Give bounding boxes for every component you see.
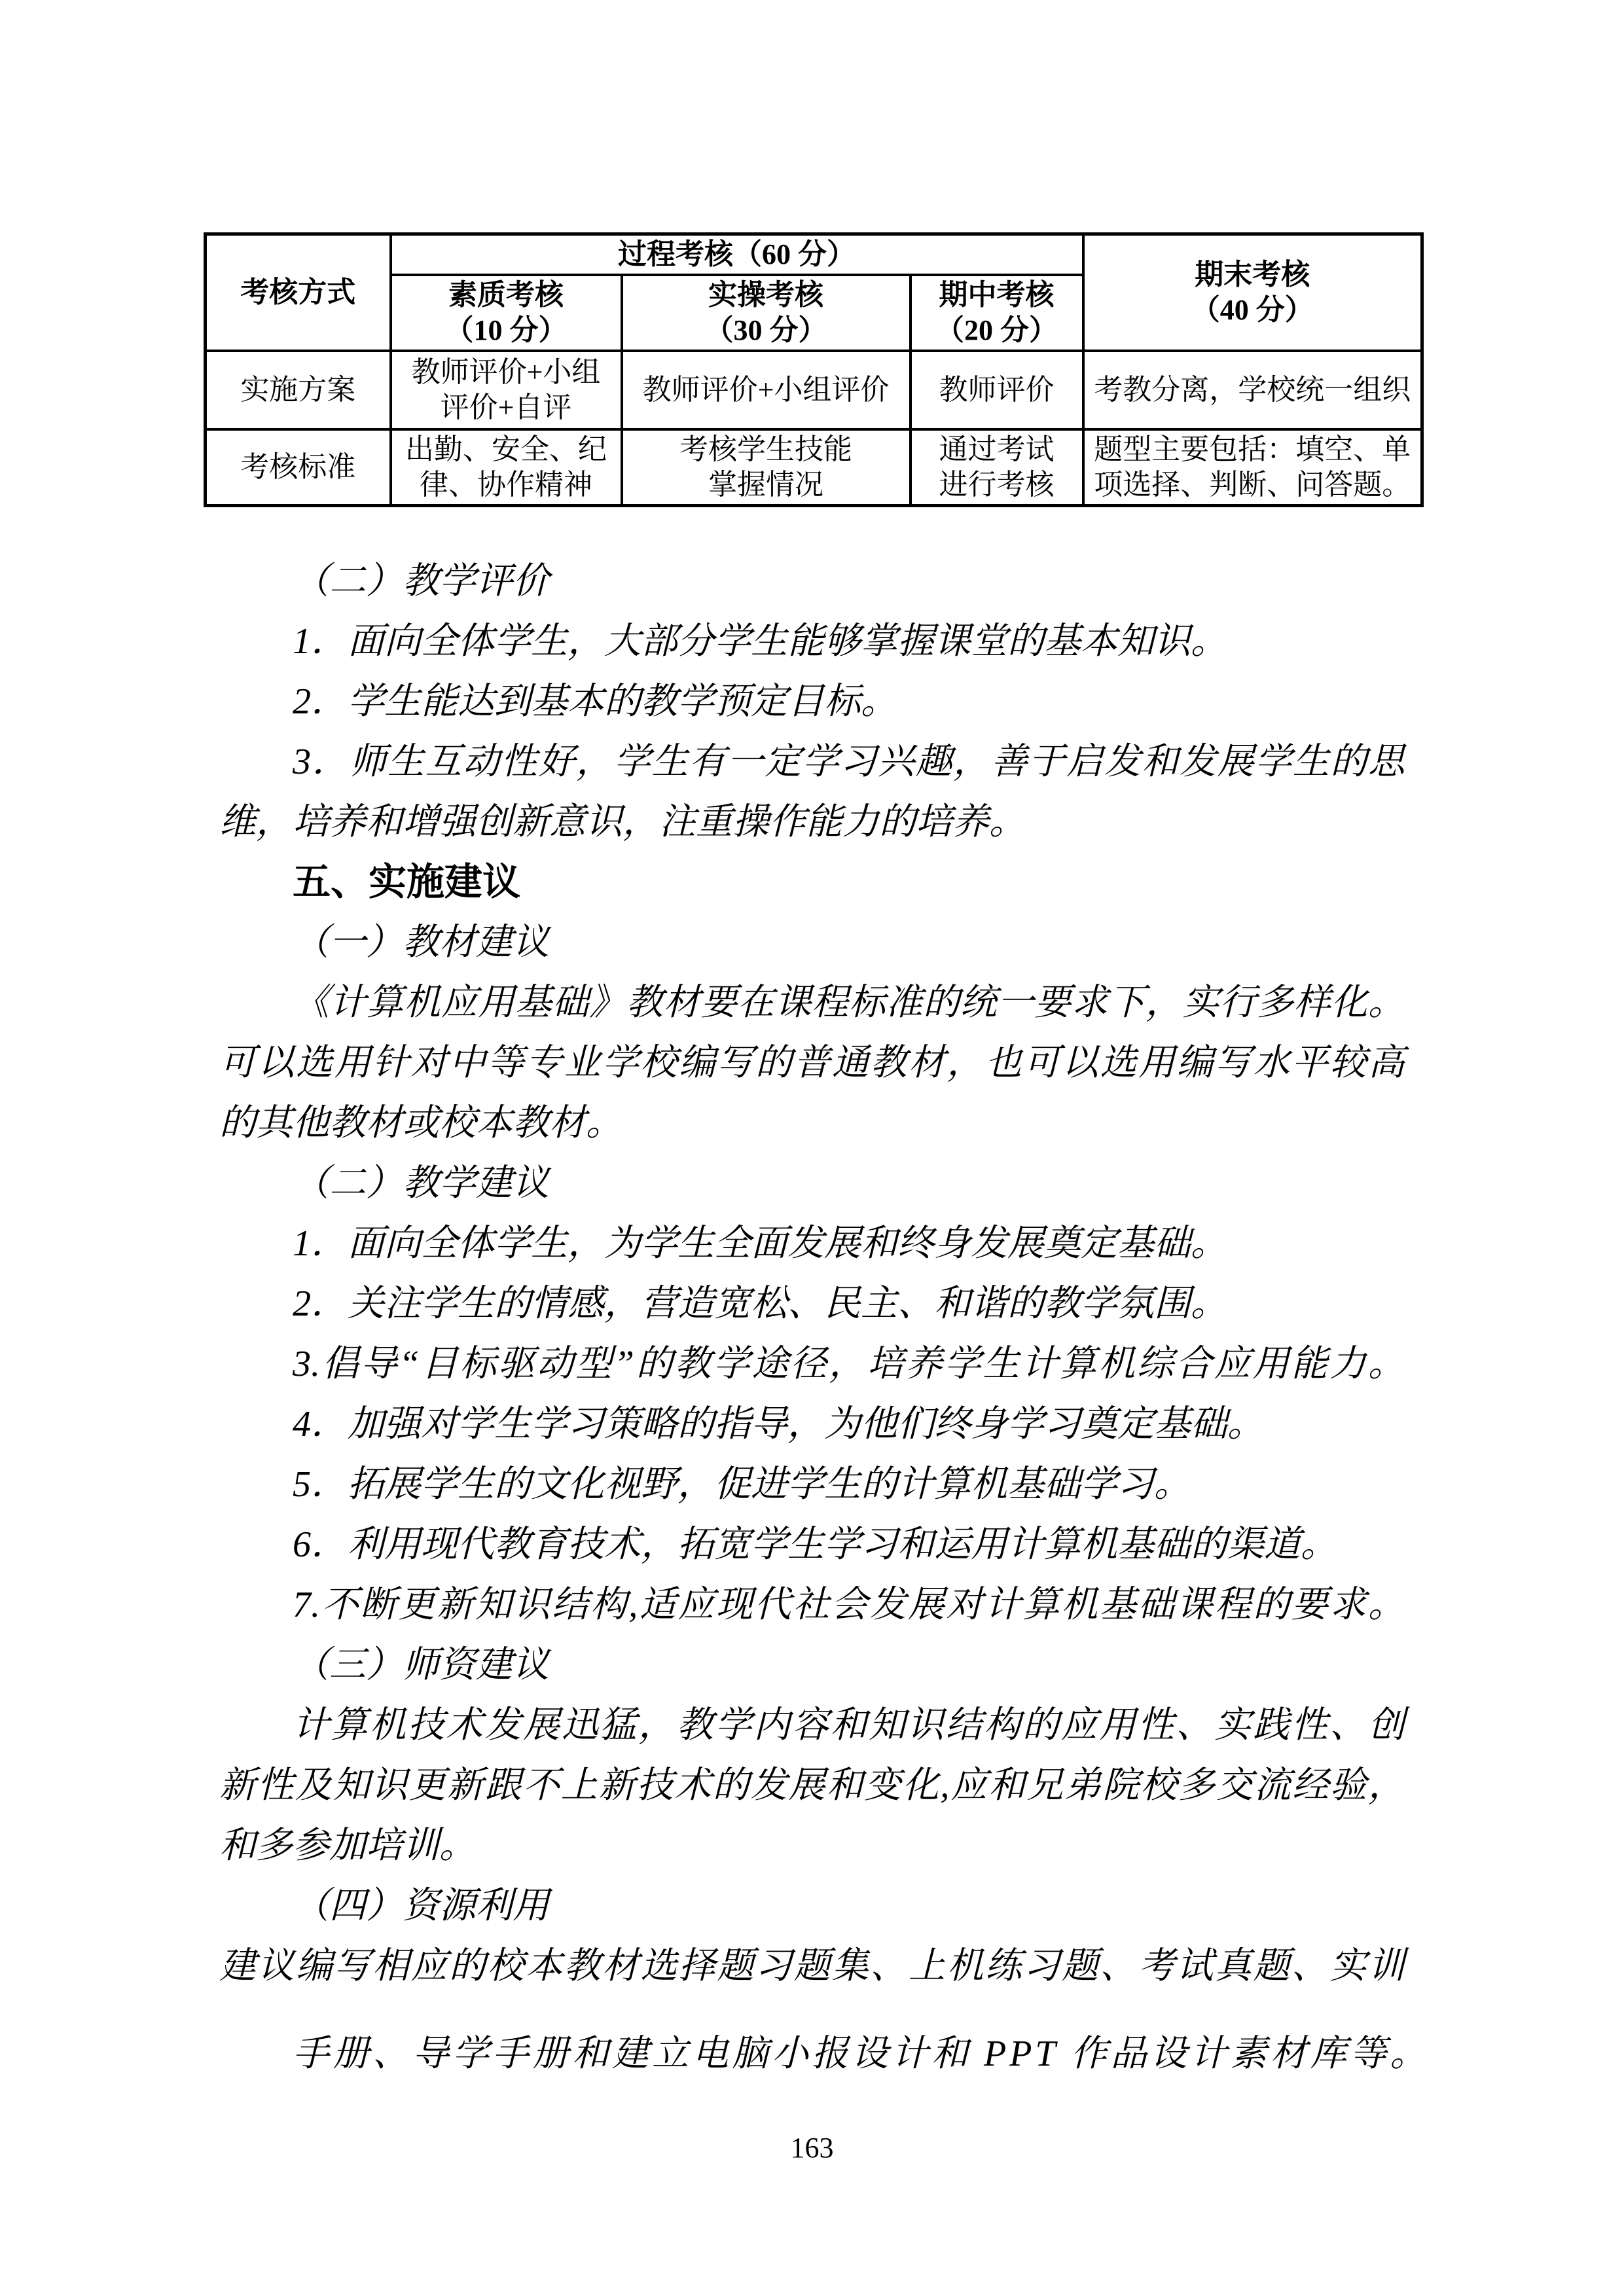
paragraph-line: 7.不断更新知识结构,适应现代社会发展对计算机基础课程的要求。 — [219, 1575, 1405, 1635]
paragraph-line: 4．加强对学生学习策略的指导，为他们终身学习奠定基础。 — [219, 1394, 1405, 1454]
table-header-final-assessment: 期末考核 （40 分） — [1083, 234, 1422, 351]
paragraph-line: 5．拓展学生的文化视野，促进学生的计算机基础学习。 — [219, 1454, 1405, 1515]
paragraph-line: 《计算机应用基础》教材要在课程标准的统一要求下，实行多样化。 — [219, 973, 1405, 1033]
paragraph-line: 1．面向全体学生，大部分学生能够掌握课堂的基本知识。 — [219, 611, 1405, 672]
paragraph-line: 维，培养和增强创新意识，注重操作能力的培养。 — [219, 792, 1405, 852]
table-cell: 教师评价+小组 评价+自评 — [391, 351, 622, 429]
table-cell: 教师评价+小组评价 — [622, 351, 911, 429]
table-header-process-assessment: 过程考核（60 分） — [391, 234, 1083, 276]
table-header-midterm-assessment: 期中考核 （20 分） — [911, 275, 1083, 351]
paragraph-line: 和多参加培训。 — [219, 1816, 1405, 1876]
table-cell: 题型主要包括：填空、单 项选择、判断、问答题。 — [1083, 429, 1422, 506]
paragraph-line: 手册、导学手册和建立电脑小报设计和 PPT 作品设计素材库等。 — [219, 2024, 1405, 2084]
paragraph-line: 计算机技术发展迅猛，教学内容和知识结构的应用性、实践性、创 — [219, 1695, 1405, 1755]
table-row-implementation-plan: 实施方案 教师评价+小组 评价+自评 教师评价+小组评价 教师评价 考教分离，学… — [206, 351, 1422, 429]
row-label-assessment-criteria: 考核标准 — [206, 429, 391, 506]
subheading-resource-utilization: （四）资源利用 — [219, 1876, 1405, 1936]
table-cell: 考核学生技能 掌握情况 — [622, 429, 911, 506]
subheading-faculty-suggestions: （三）师资建议 — [219, 1635, 1405, 1695]
row-label-implementation-plan: 实施方案 — [206, 351, 391, 429]
table-header-assessment-method: 考核方式 — [206, 234, 391, 351]
paragraph-line: 6．利用现代教育技术，拓宽学生学习和运用计算机基础的渠道。 — [219, 1515, 1405, 1575]
paragraph-line: 建议编写相应的校本教材选择题习题集、上机练习题、考试真题、实训 — [219, 1936, 1405, 1996]
heading-implementation-suggestions: 五、实施建议 — [219, 852, 1405, 912]
document-page: 考核方式 过程考核（60 分） 期末考核 （40 分） 素质考核 （10 分） … — [0, 0, 1624, 2296]
body-text: （二）教学评价 1．面向全体学生，大部分学生能够掌握课堂的基本知识。 2．学生能… — [219, 551, 1405, 2084]
paragraph-line: 2．学生能达到基本的教学预定目标。 — [219, 672, 1405, 732]
paragraph-line: 3．师生互动性好，学生有一定学习兴趣，善于启发和发展学生的思 — [219, 732, 1405, 792]
table-header-quality-assessment: 素质考核 （10 分） — [391, 275, 622, 351]
table-cell: 考教分离，学校统一组织 — [1083, 351, 1422, 429]
table-row-assessment-criteria: 考核标准 出勤、安全、纪 律、协作精神 考核学生技能 掌握情况 通过考试 进行考… — [206, 429, 1422, 506]
assessment-table: 考核方式 过程考核（60 分） 期末考核 （40 分） 素质考核 （10 分） … — [204, 232, 1424, 507]
page-number: 163 — [0, 2128, 1624, 2168]
table-header-practical-assessment: 实操考核 （30 分） — [622, 275, 911, 351]
subheading-teaching-evaluation: （二）教学评价 — [219, 551, 1405, 611]
paragraph-line: 新性及知识更新跟不上新技术的发展和变化,应和兄弟院校多交流经验， — [219, 1755, 1405, 1816]
paragraph-line: 2．关注学生的情感，营造宽松、民主、和谐的教学氛围。 — [219, 1274, 1405, 1334]
table-cell: 通过考试 进行考核 — [911, 429, 1083, 506]
paragraph-line: 1．面向全体学生，为学生全面发展和终身发展奠定基础。 — [219, 1213, 1405, 1274]
subheading-teaching-suggestions: （二）教学建议 — [219, 1153, 1405, 1213]
table-cell: 出勤、安全、纪 律、协作精神 — [391, 429, 622, 506]
paragraph-line: 的其他教材或校本教材。 — [219, 1093, 1405, 1153]
table-cell: 教师评价 — [911, 351, 1083, 429]
paragraph-line: 可以选用针对中等专业学校编写的普通教材，也可以选用编写水平较高 — [219, 1033, 1405, 1093]
paragraph-line: 3.倡导“目标驱动型”的教学途径，培养学生计算机综合应用能力。 — [219, 1334, 1405, 1394]
subheading-textbook-suggestions: （一）教材建议 — [219, 912, 1405, 973]
